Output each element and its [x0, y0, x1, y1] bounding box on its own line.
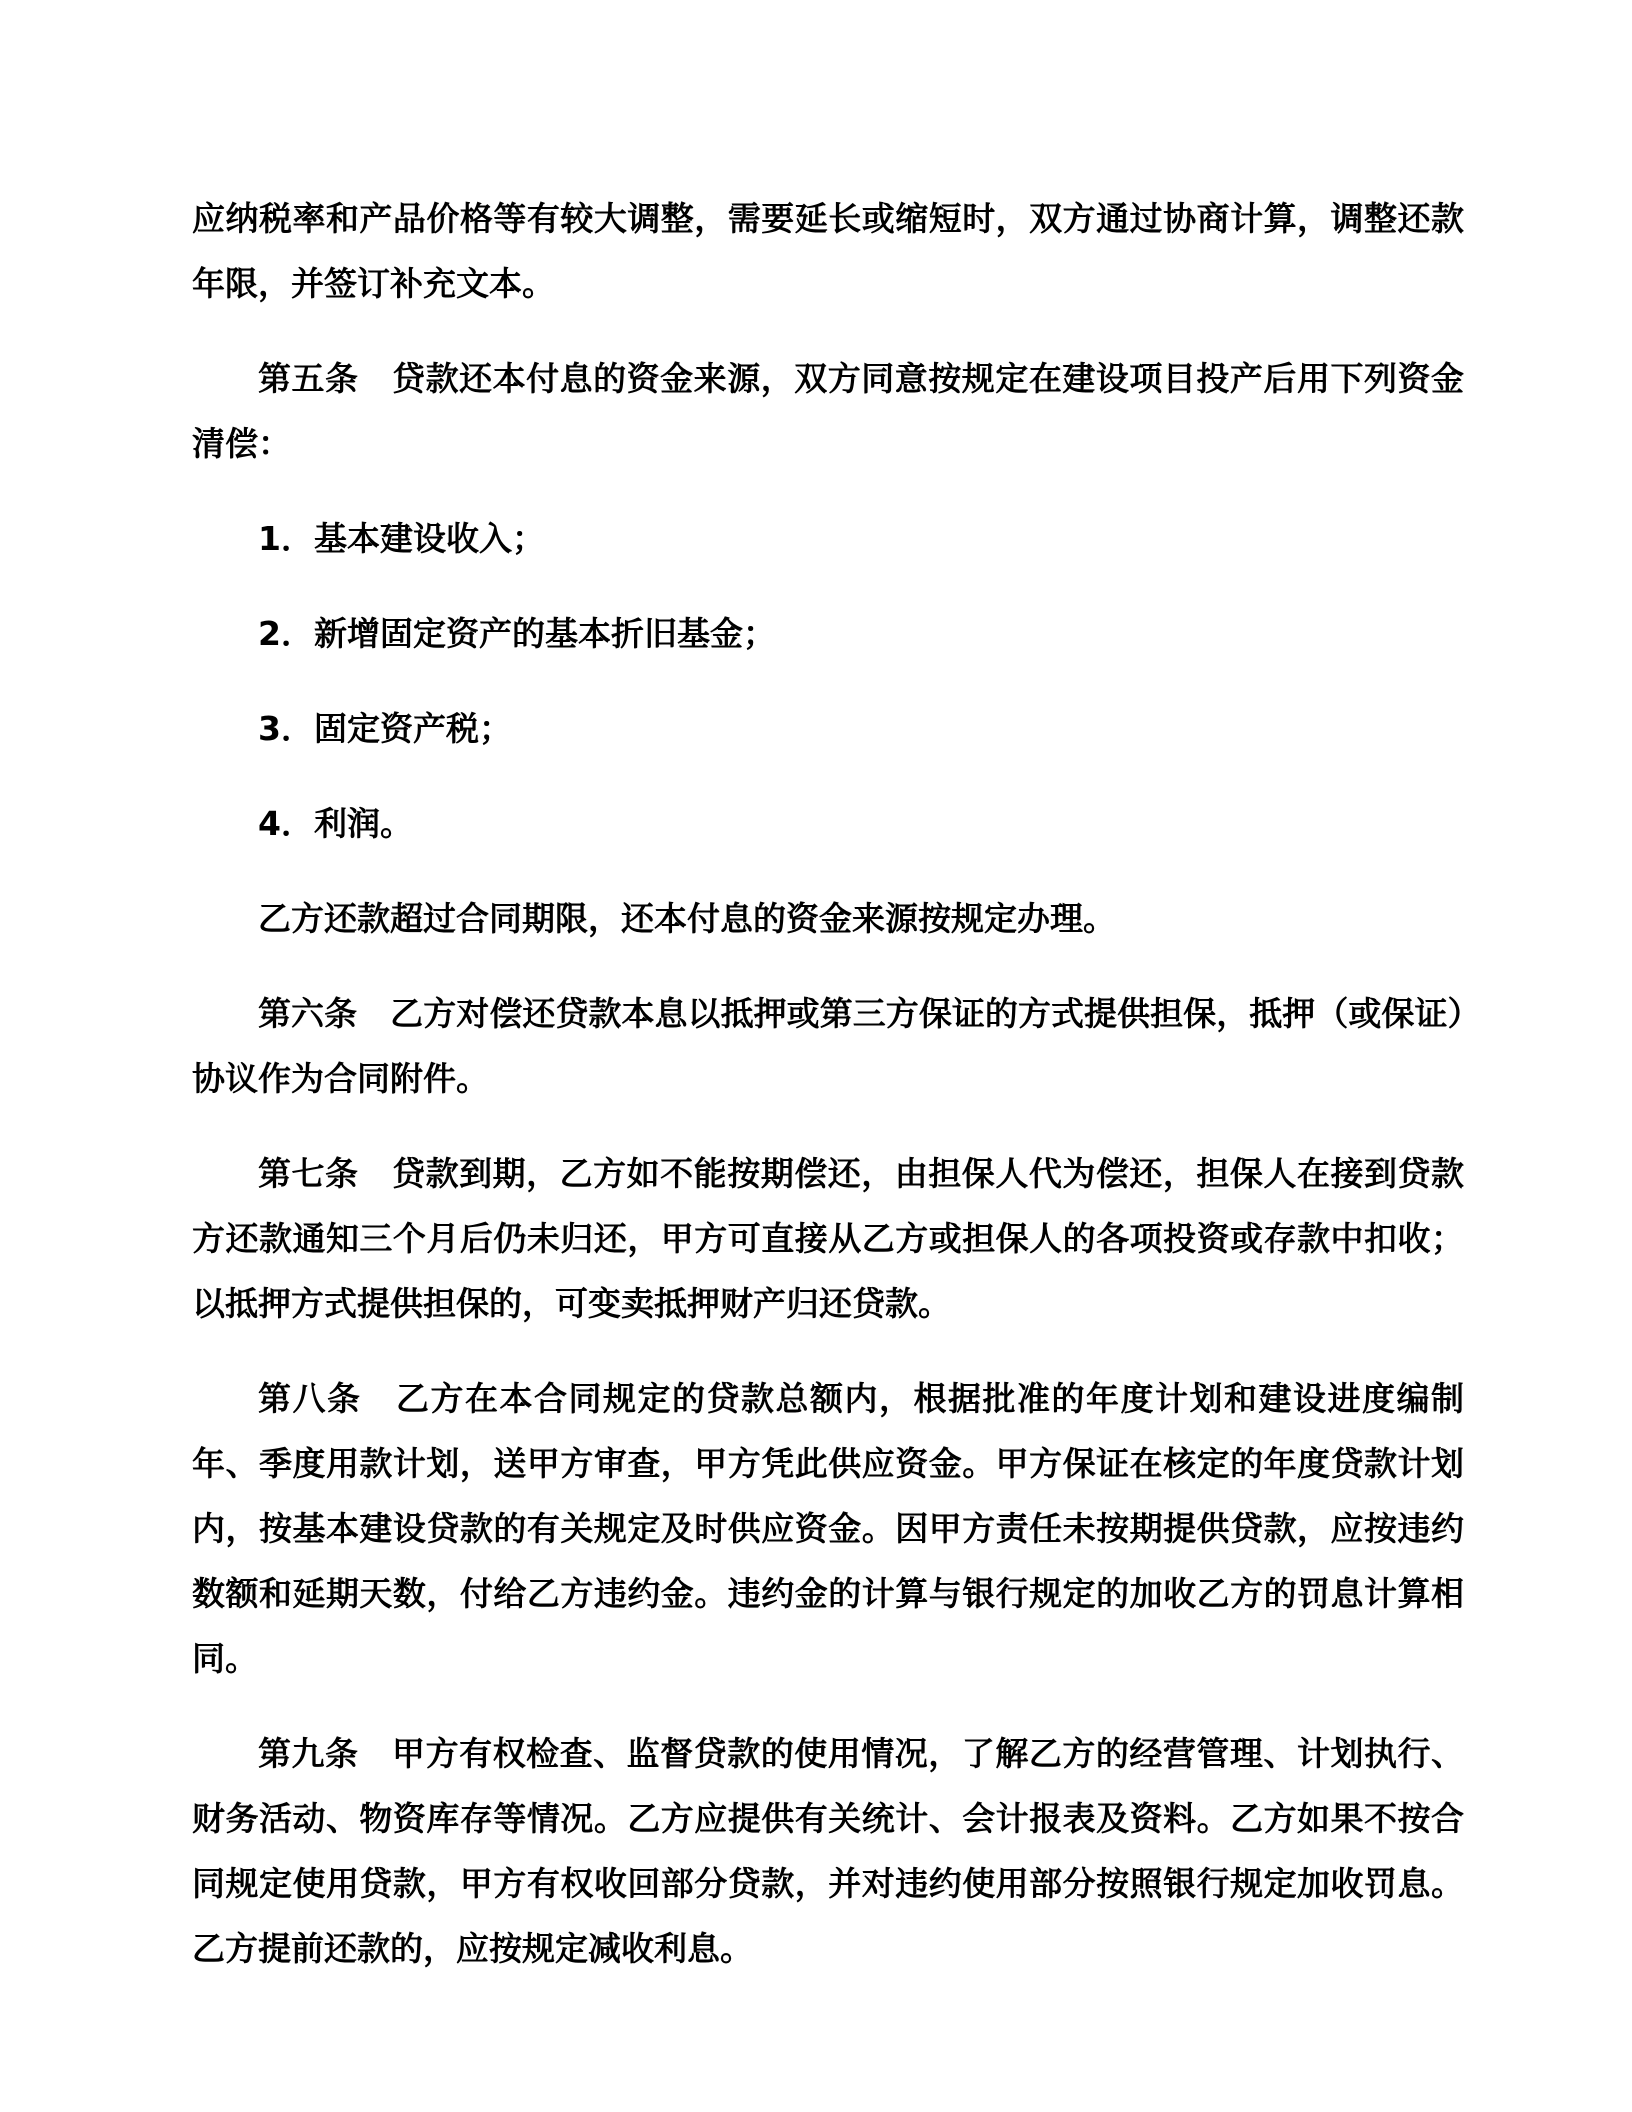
- contract-paragraph: 第七条 贷款到期，乙方如不能按期偿还，由担保人代为偿还，担保人在接到贷款方还款通…: [192, 1141, 1464, 1336]
- contract-paragraph: 4．利润。: [192, 791, 1464, 856]
- contract-paragraph: 3．固定资产税；: [192, 696, 1464, 761]
- contract-paragraph: 第六条 乙方对偿还贷款本息以抵押或第三方保证的方式提供担保，抵押（或保证）协议作…: [192, 981, 1464, 1111]
- contract-paragraph: 2．新增固定资产的基本折旧基金；: [192, 601, 1464, 666]
- contract-paragraph: 第八条 乙方在本合同规定的贷款总额内，根据批准的年度计划和建设进度编制年、季度用…: [192, 1366, 1464, 1691]
- contract-paragraph: 1．基本建设收入；: [192, 506, 1464, 571]
- contract-body: 应纳税率和产品价格等有较大调整，需要延长或缩短时，双方通过协商计算，调整还款年限…: [192, 186, 1464, 1981]
- contract-paragraph: 乙方还款超过合同期限，还本付息的资金来源按规定办理。: [192, 886, 1464, 951]
- contract-paragraph: 应纳税率和产品价格等有较大调整，需要延长或缩短时，双方通过协商计算，调整还款年限…: [192, 186, 1464, 316]
- contract-paragraph: 第九条 甲方有权检查、监督贷款的使用情况，了解乙方的经营管理、计划执行、财务活动…: [192, 1721, 1464, 1981]
- document-page: 应纳税率和产品价格等有较大调整，需要延长或缩短时，双方通过协商计算，调整还款年限…: [0, 0, 1632, 2112]
- contract-paragraph: 第五条 贷款还本付息的资金来源，双方同意按规定在建设项目投产后用下列资金清偿：: [192, 346, 1464, 476]
